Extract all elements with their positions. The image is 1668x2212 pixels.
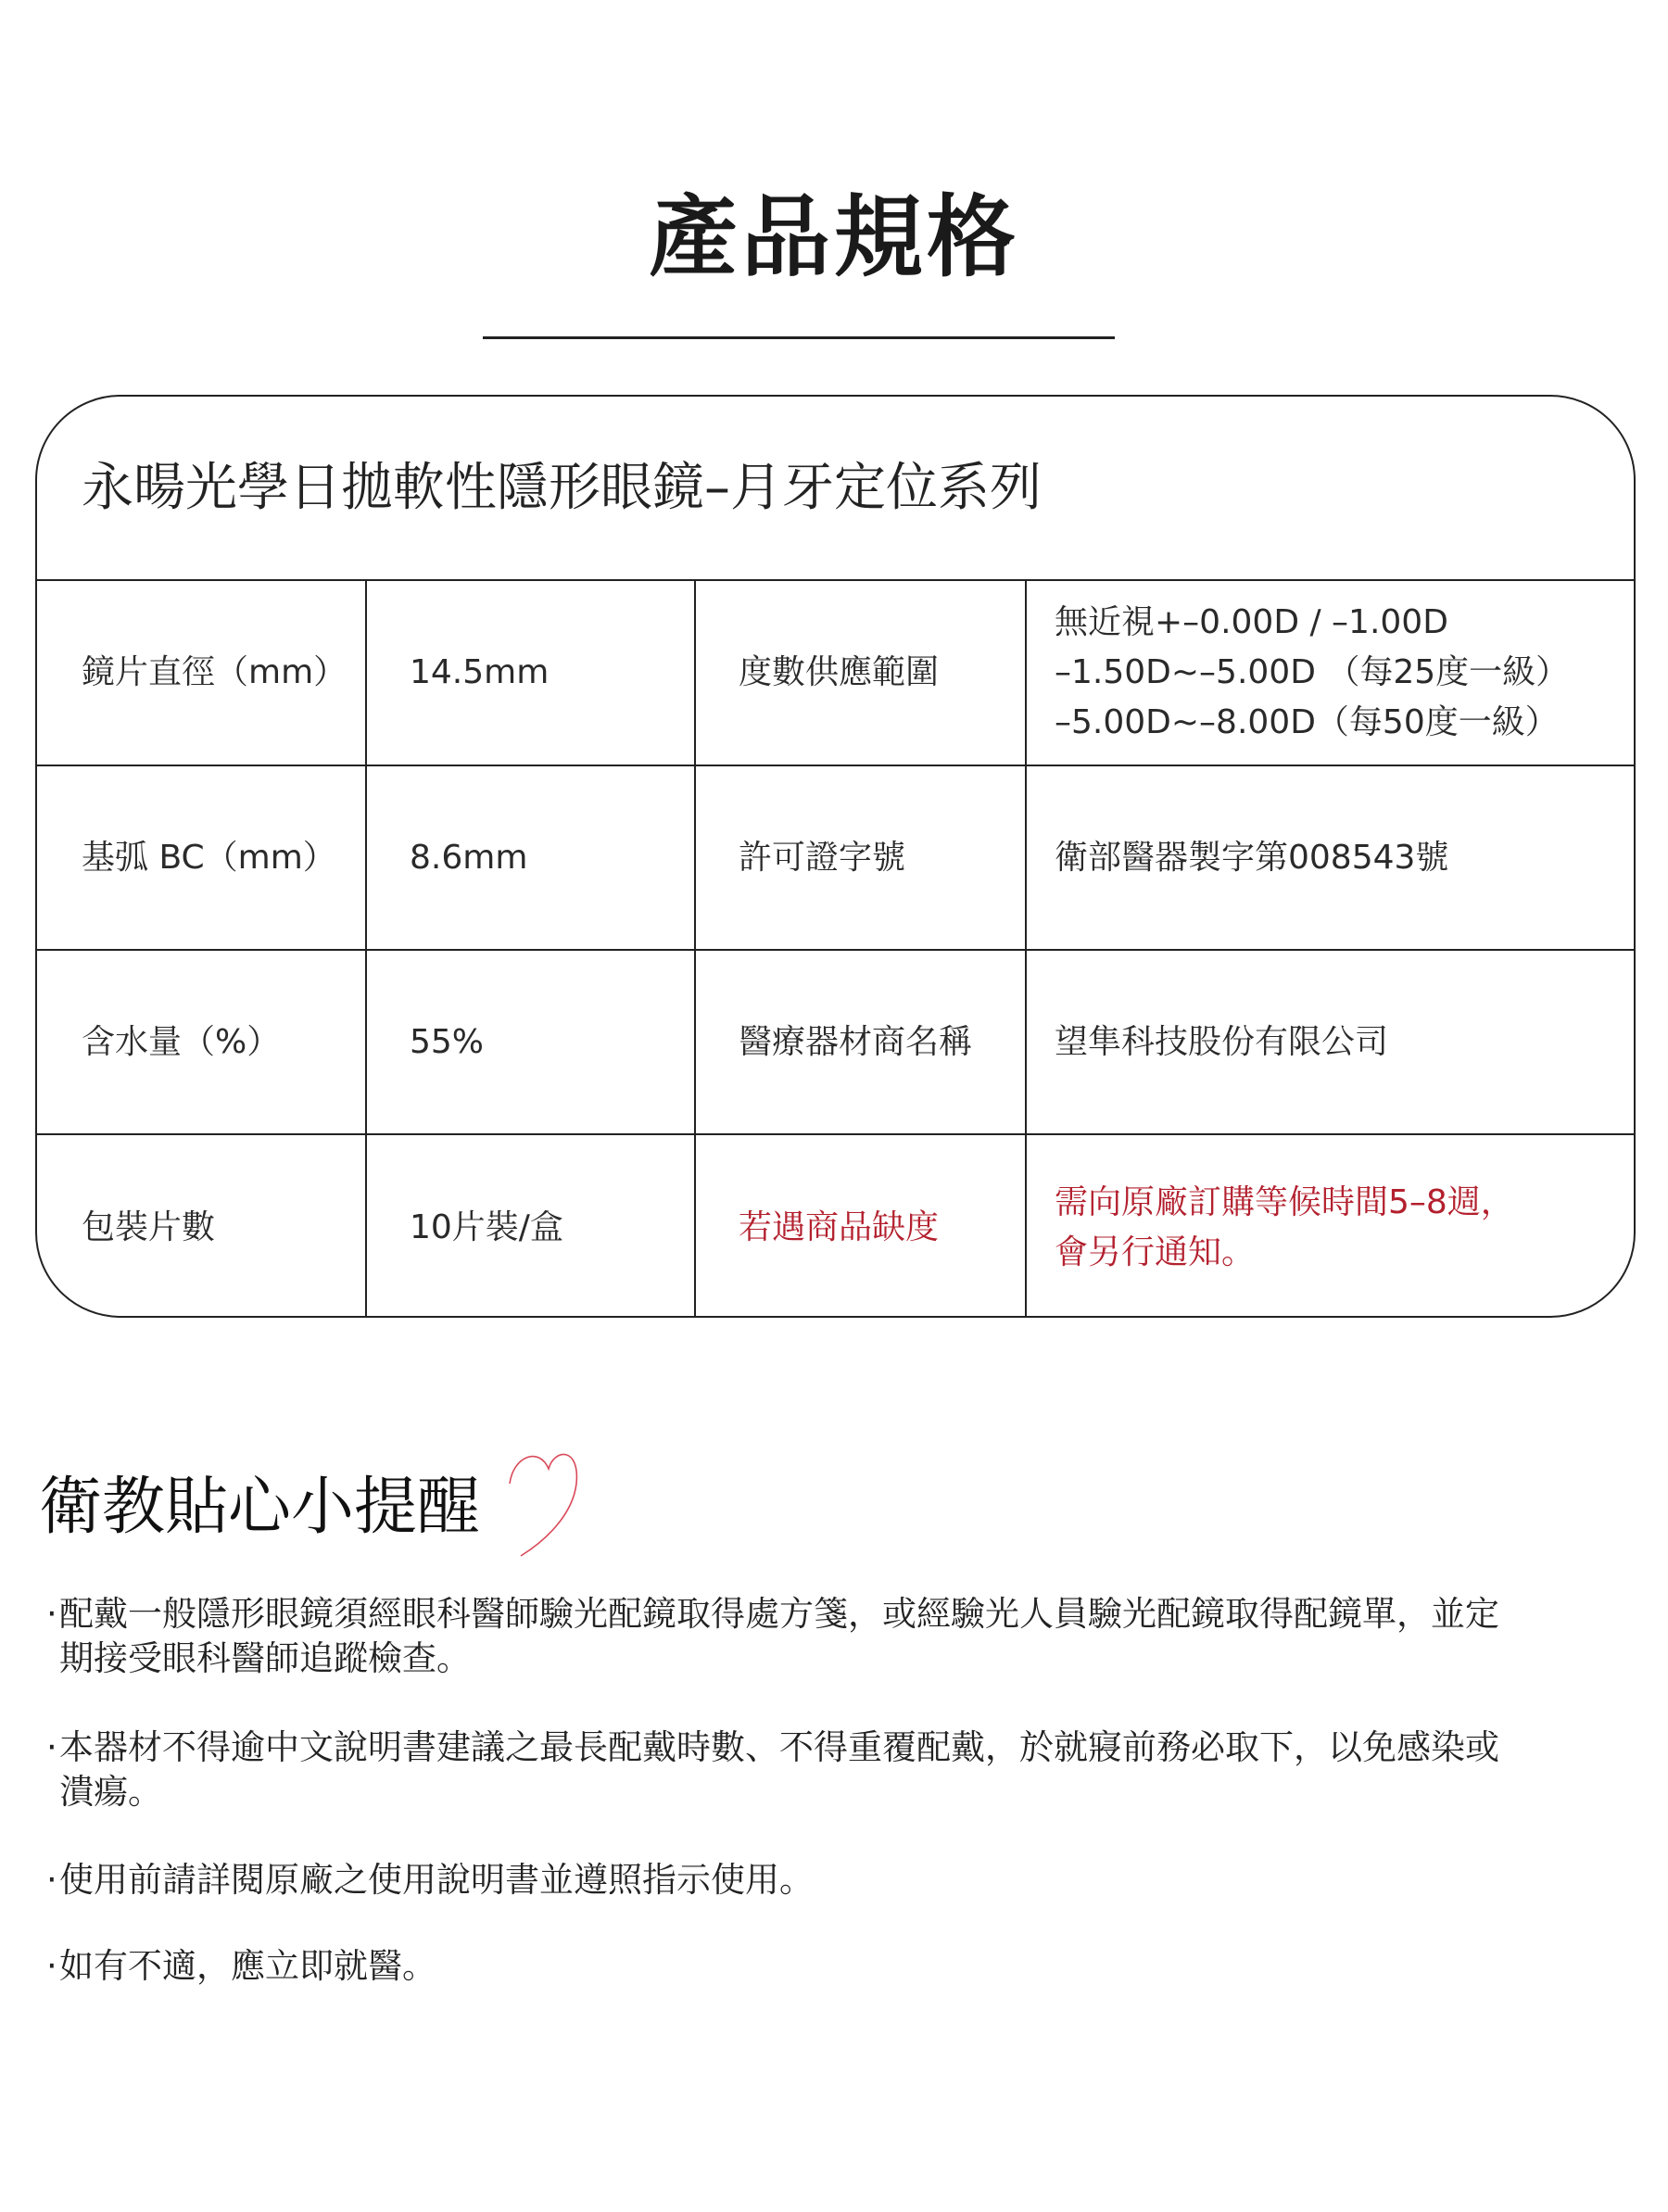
- spec-label: 基弧 BC（mm）: [37, 766, 367, 949]
- bullet-dot: ·: [46, 1592, 59, 1637]
- table-row: 基弧 BC（mm） 8.6mm 許可證字號 衛部醫器製字第008543號: [37, 766, 1634, 951]
- spec-value: 衛部醫器製字第008543號: [1027, 766, 1634, 949]
- tip-line: 期接受眼科醫師追蹤檢查。: [59, 1637, 1640, 1681]
- tip-item: · 使用前請詳閱原廠之使用說明書並遵照指示使用。: [46, 1858, 1640, 1902]
- spec-value: 望隼科技股份有限公司: [1027, 951, 1634, 1133]
- note-line: 會另行通知。: [1055, 1228, 1514, 1278]
- bullet-dot: ·: [46, 1725, 59, 1770]
- tip-item: · 本器材不得逾中文說明書建議之最長配戴時數、不得重覆配戴，於就寢前務必取下，以…: [46, 1725, 1640, 1814]
- title-divider: [483, 336, 1115, 339]
- bullet-dot: ·: [46, 1858, 59, 1902]
- spec-value: 14.5mm: [367, 581, 696, 765]
- tips-heading: 衛教貼心小提醒: [39, 1466, 480, 1549]
- tip-line: 使用前請詳閱原廠之使用說明書並遵照指示使用。: [59, 1858, 1640, 1902]
- bullet-dot: ·: [46, 1944, 59, 1989]
- power-range-line: 無近視+–0.00D / –1.00D: [1055, 598, 1569, 648]
- spec-label: 醫療器材商名稱: [696, 951, 1027, 1133]
- tip-line: 本器材不得逾中文說明書建議之最長配戴時數、不得重覆配戴，於就寢前務必取下，以免感…: [59, 1725, 1640, 1770]
- spec-value: 無近視+–0.00D / –1.00D –1.50D~–5.00D （每25度一…: [1027, 581, 1634, 765]
- spec-value: 8.6mm: [367, 766, 696, 949]
- page-title: 產品規格: [0, 182, 1668, 293]
- product-name: 永暘光學日拋軟性隱形眼鏡–月牙定位系列: [82, 454, 1042, 523]
- power-range-line: –5.00D~–8.00D（每50度一級）: [1055, 698, 1569, 748]
- spec-label: 許可證字號: [696, 766, 1027, 949]
- spec-value: 10片裝/盒: [367, 1135, 696, 1318]
- spec-value: 55%: [367, 951, 696, 1133]
- spec-label: 包裝片數: [37, 1135, 367, 1318]
- note-line: 需向原廠訂購等候時間5–8週，: [1055, 1178, 1514, 1228]
- spec-table-header: 永暘光學日拋軟性隱形眼鏡–月牙定位系列: [37, 397, 1634, 581]
- heart-outline-icon: [508, 1441, 580, 1558]
- tip-line: 配戴一般隱形眼鏡須經眼科醫師驗光配鏡取得處方箋，或經驗光人員驗光配鏡取得配鏡單，…: [59, 1592, 1640, 1637]
- table-row: 含水量（%） 55% 醫療器材商名稱 望隼科技股份有限公司: [37, 951, 1634, 1135]
- out-of-stock-note: 需向原廠訂購等候時間5–8週， 會另行通知。: [1027, 1135, 1634, 1318]
- tip-line: 如有不適，應立即就醫。: [59, 1944, 1640, 1989]
- tip-item: · 配戴一般隱形眼鏡須經眼科醫師驗光配鏡取得處方箋，或經驗光人員驗光配鏡取得配鏡…: [46, 1592, 1640, 1681]
- spec-label: 度數供應範圍: [696, 581, 1027, 765]
- spec-label: 含水量（%）: [37, 951, 367, 1133]
- spec-table: 永暘光學日拋軟性隱形眼鏡–月牙定位系列 鏡片直徑（mm） 14.5mm 度數供應…: [35, 395, 1636, 1318]
- power-range-line: –1.50D~–5.00D （每25度一級）: [1055, 648, 1569, 698]
- out-of-stock-label: 若遇商品缺度: [696, 1135, 1027, 1318]
- spec-label: 鏡片直徑（mm）: [37, 581, 367, 765]
- table-row: 鏡片直徑（mm） 14.5mm 度數供應範圍 無近視+–0.00D / –1.0…: [37, 581, 1634, 766]
- tip-item: · 如有不適，應立即就醫。: [46, 1944, 1640, 1989]
- table-row: 包裝片數 10片裝/盒 若遇商品缺度 需向原廠訂購等候時間5–8週， 會另行通知…: [37, 1135, 1634, 1318]
- tip-line: 潰瘍。: [59, 1770, 1640, 1814]
